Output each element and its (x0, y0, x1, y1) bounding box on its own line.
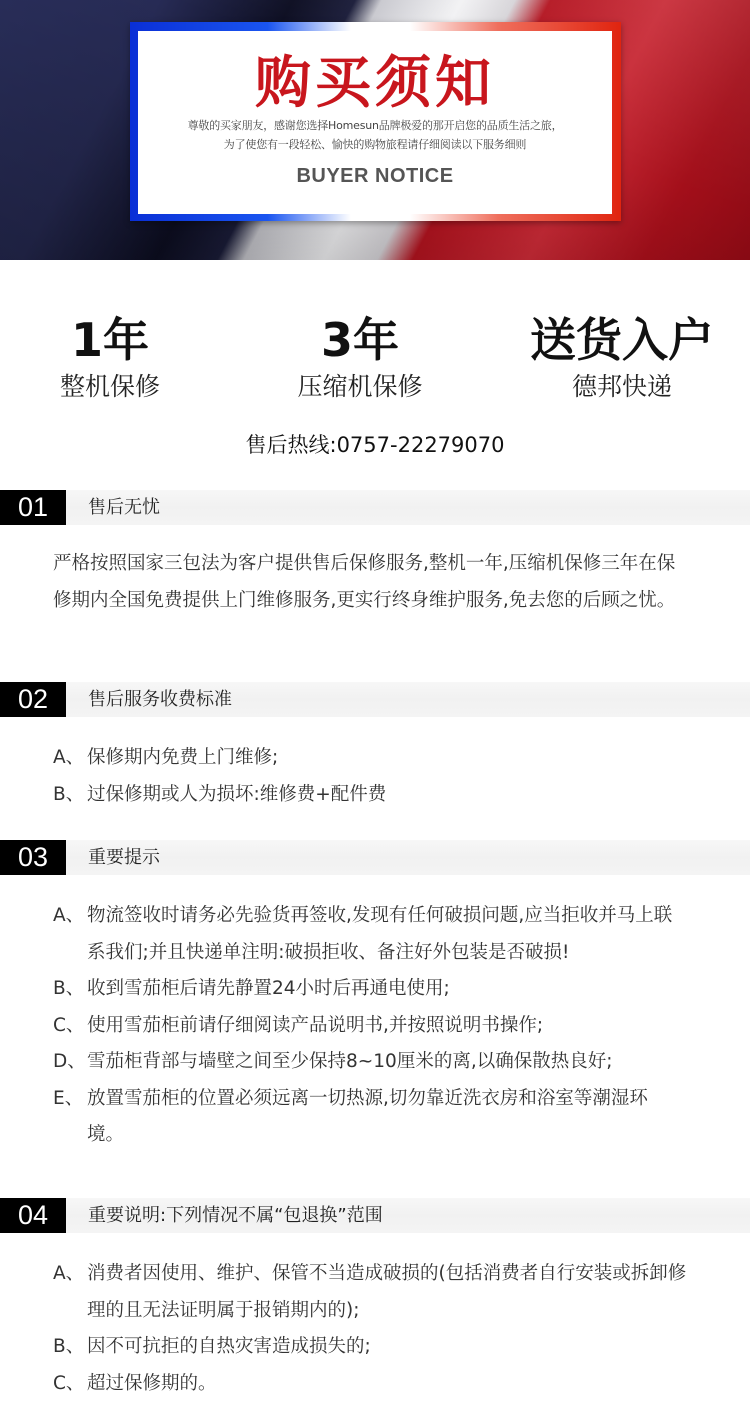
stat-value: 3年 (265, 312, 455, 368)
item-label: C、 (53, 1008, 87, 1045)
banner-card: 购买须知 尊敬的买家朋友，感谢您选择Homesun品牌极爱的那开启您的品质生活之… (138, 31, 612, 214)
section-03-header: 03 重要提示 (0, 840, 750, 875)
stat-value: 送货入户 (512, 312, 732, 368)
section-03-body: A、 物流签收时请务必先验货再签收,发现有任何破损问题,应当拒收并马上联系我们;… (53, 898, 683, 1154)
item-text: 放置雪茄柜的位置必须远离一切热源,切勿靠近洗衣房和浴室等潮湿环境。 (87, 1081, 683, 1154)
stat-value: 1年 (30, 312, 190, 368)
stat-compressor-warranty: 3年 压缩机保修 (265, 312, 455, 404)
section-01-body: 严格按照国家三包法为客户提供售后保修服务,整机一年,压缩机保修三年在保修期内全国… (53, 546, 693, 619)
warranty-stats: 1年 整机保修 3年 压缩机保修 送货入户 德邦快递 (0, 312, 750, 412)
banner-subtitle-line2: 为了使您有一段轻松、愉快的购物旅程请仔细阅读以下服务细则 (138, 135, 612, 154)
item-label: A、 (53, 1256, 87, 1329)
item-text: 物流签收时请务必先验货再签收,发现有任何破损问题,应当拒收并马上联系我们;并且快… (87, 898, 683, 971)
item-label: B、 (53, 1329, 87, 1366)
banner-frame: 购买须知 尊敬的买家朋友，感谢您选择Homesun品牌极爱的那开启您的品质生活之… (130, 22, 621, 221)
section-02-header: 02 售后服务收费标准 (0, 682, 750, 717)
banner-subtitle-line1: 尊敬的买家朋友，感谢您选择Homesun品牌极爱的那开启您的品质生活之旅， (138, 116, 612, 135)
stat-machine-warranty: 1年 整机保修 (30, 312, 190, 404)
section-04-body: A、 消费者因使用、维护、保管不当造成破损的(包括消费者自行安装或拆卸修理的且无… (53, 1256, 693, 1402)
stat-home-delivery: 送货入户 德邦快递 (512, 312, 732, 404)
list-item: A、 消费者因使用、维护、保管不当造成破损的(包括消费者自行安装或拆卸修理的且无… (53, 1256, 693, 1329)
item-text: 消费者因使用、维护、保管不当造成破损的(包括消费者自行安装或拆卸修理的且无法证明… (87, 1256, 693, 1329)
stat-label: 压缩机保修 (265, 370, 455, 404)
item-label: E、 (53, 1081, 87, 1154)
list-item: E、 放置雪茄柜的位置必须远离一切热源,切勿靠近洗衣房和浴室等潮湿环境。 (53, 1081, 683, 1154)
section-title: 售后无忧 (88, 490, 160, 525)
section-title: 重要说明:下列情况不属“包退换”范围 (88, 1198, 383, 1233)
list-item: B、 因不可抗拒的自热灾害造成损失的; (53, 1329, 693, 1366)
section-number: 03 (0, 840, 66, 875)
after-sales-hotline: 售后热线:0757-22279070 (0, 430, 750, 460)
section-title: 售后服务收费标准 (88, 682, 232, 717)
item-text: 超过保修期的。 (87, 1366, 693, 1403)
stat-label: 整机保修 (30, 370, 190, 404)
list-item: A、 保修期内免费上门维修; (53, 740, 693, 777)
item-label: B、 (53, 971, 87, 1008)
item-text: 雪茄柜背部与墙壁之间至少保持8~10厘米的离,以确保散热良好; (87, 1044, 683, 1081)
item-label: B、 (53, 777, 87, 814)
list-item: C、 超过保修期的。 (53, 1366, 693, 1403)
section-number: 04 (0, 1198, 66, 1233)
list-item: D、 雪茄柜背部与墙壁之间至少保持8~10厘米的离,以确保散热良好; (53, 1044, 683, 1081)
banner-english-title: BUYER NOTICE (138, 165, 612, 188)
item-label: D、 (53, 1044, 87, 1081)
list-item: C、 使用雪茄柜前请仔细阅读产品说明书,并按照说明书操作; (53, 1008, 683, 1045)
section-01-header: 01 售后无忧 (0, 490, 750, 525)
section-title: 重要提示 (88, 840, 160, 875)
item-label: A、 (53, 898, 87, 971)
item-text: 收到雪茄柜后请先静置24小时后再通电使用; (87, 971, 683, 1008)
list-item: B、 收到雪茄柜后请先静置24小时后再通电使用; (53, 971, 683, 1008)
section-number: 01 (0, 490, 66, 525)
item-label: A、 (53, 740, 87, 777)
list-item: B、 过保修期或人为损坏:维修费+配件费 (53, 777, 693, 814)
stat-label: 德邦快递 (512, 370, 732, 404)
banner-title: 购买须知 (138, 52, 612, 116)
buyer-notice-banner: 购买须知 尊敬的买家朋友，感谢您选择Homesun品牌极爱的那开启您的品质生活之… (0, 0, 750, 260)
section-02-body: A、 保修期内免费上门维修; B、 过保修期或人为损坏:维修费+配件费 (53, 740, 693, 813)
item-text: 因不可抗拒的自热灾害造成损失的; (87, 1329, 693, 1366)
item-text: 使用雪茄柜前请仔细阅读产品说明书,并按照说明书操作; (87, 1008, 683, 1045)
section-04-header: 04 重要说明:下列情况不属“包退换”范围 (0, 1198, 750, 1233)
item-text: 过保修期或人为损坏:维修费+配件费 (87, 777, 693, 814)
item-label: C、 (53, 1366, 87, 1403)
section-number: 02 (0, 682, 66, 717)
item-text: 保修期内免费上门维修; (87, 740, 693, 777)
list-item: A、 物流签收时请务必先验货再签收,发现有任何破损问题,应当拒收并马上联系我们;… (53, 898, 683, 971)
